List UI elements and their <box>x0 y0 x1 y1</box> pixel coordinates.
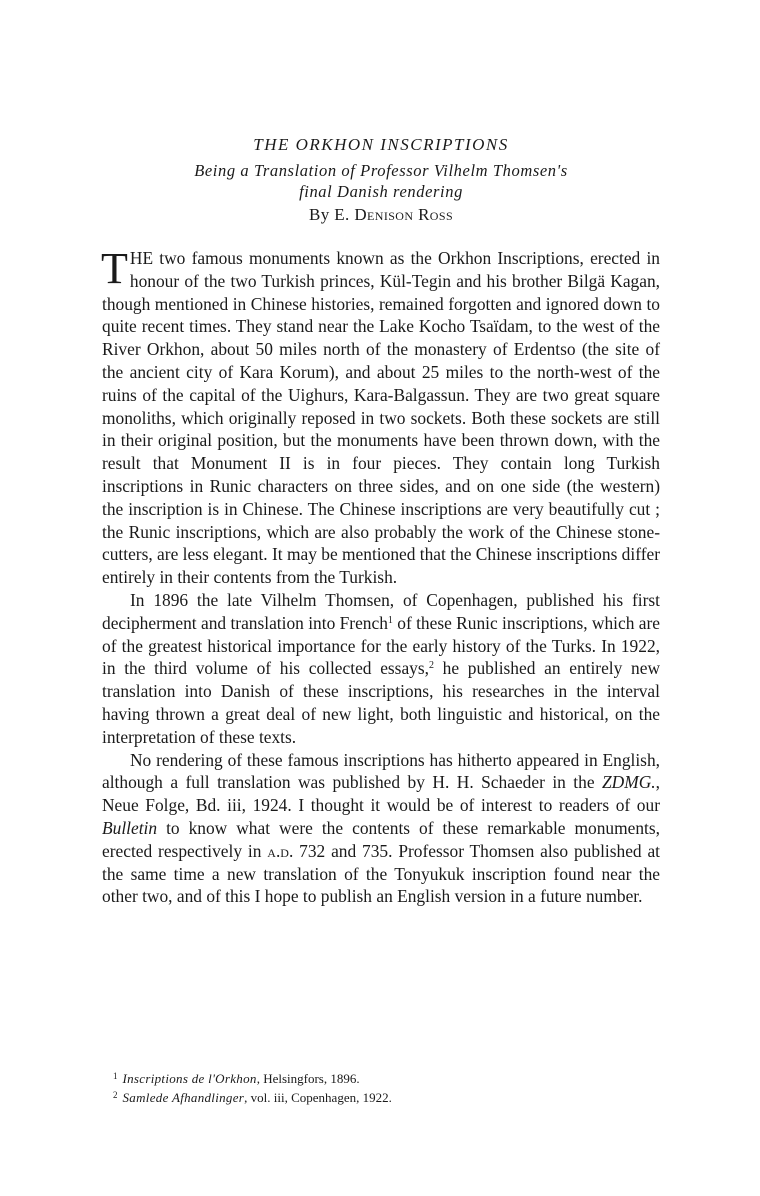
footnote-1-rest: , Helsingfors, 1896. <box>257 1071 360 1086</box>
footnote-2-rest: , vol. iii, Copenhagen, 1922. <box>244 1090 392 1105</box>
bulletin-title: Bulletin <box>102 818 157 838</box>
paragraph-3: No rendering of these famous inscription… <box>102 749 660 909</box>
footnote-1-number: 1 <box>113 1071 118 1081</box>
footnote-2-number: 2 <box>113 1090 118 1100</box>
paragraph-2: In 1896 the late Vilhelm Thomsen, of Cop… <box>102 589 660 749</box>
author-name: Denison Ross <box>354 205 453 224</box>
footnote-1-title: Inscriptions de l'Orkhon <box>123 1071 257 1086</box>
footnotes: 1Inscriptions de l'Orkhon, Helsingfors, … <box>113 1068 513 1106</box>
paragraph-1: THE two famous monuments known as the Or… <box>102 247 660 589</box>
footnote-2-title: Samlede Afhandlinger <box>123 1090 245 1105</box>
footnote-2: 2Samlede Afhandlinger, vol. iii, Copenha… <box>113 1087 513 1106</box>
footnote-1: 1Inscriptions de l'Orkhon, Helsingfors, … <box>113 1068 513 1087</box>
paragraph-3-text-a: No rendering of these famous inscription… <box>102 750 660 793</box>
drop-cap: T <box>101 251 128 287</box>
article-title: THE ORKHON INSCRIPTIONS <box>102 135 660 155</box>
article-body: THE two famous monuments known as the Or… <box>102 247 660 908</box>
subtitle-line-2: final Danish rendering <box>102 181 660 202</box>
era-abbrev: a.d. <box>267 841 293 861</box>
zdmg-citation: ZDMG. <box>602 772 656 792</box>
article-subtitle: Being a Translation of Professor Vilhelm… <box>102 160 660 202</box>
author-prefix: By E. <box>309 205 354 224</box>
subtitle-line-1: Being a Translation of Professor Vilhelm… <box>102 160 660 181</box>
author-byline: By E. Denison Ross <box>102 205 660 225</box>
paragraph-1-text: HE two famous monuments known as the Ork… <box>102 248 660 587</box>
